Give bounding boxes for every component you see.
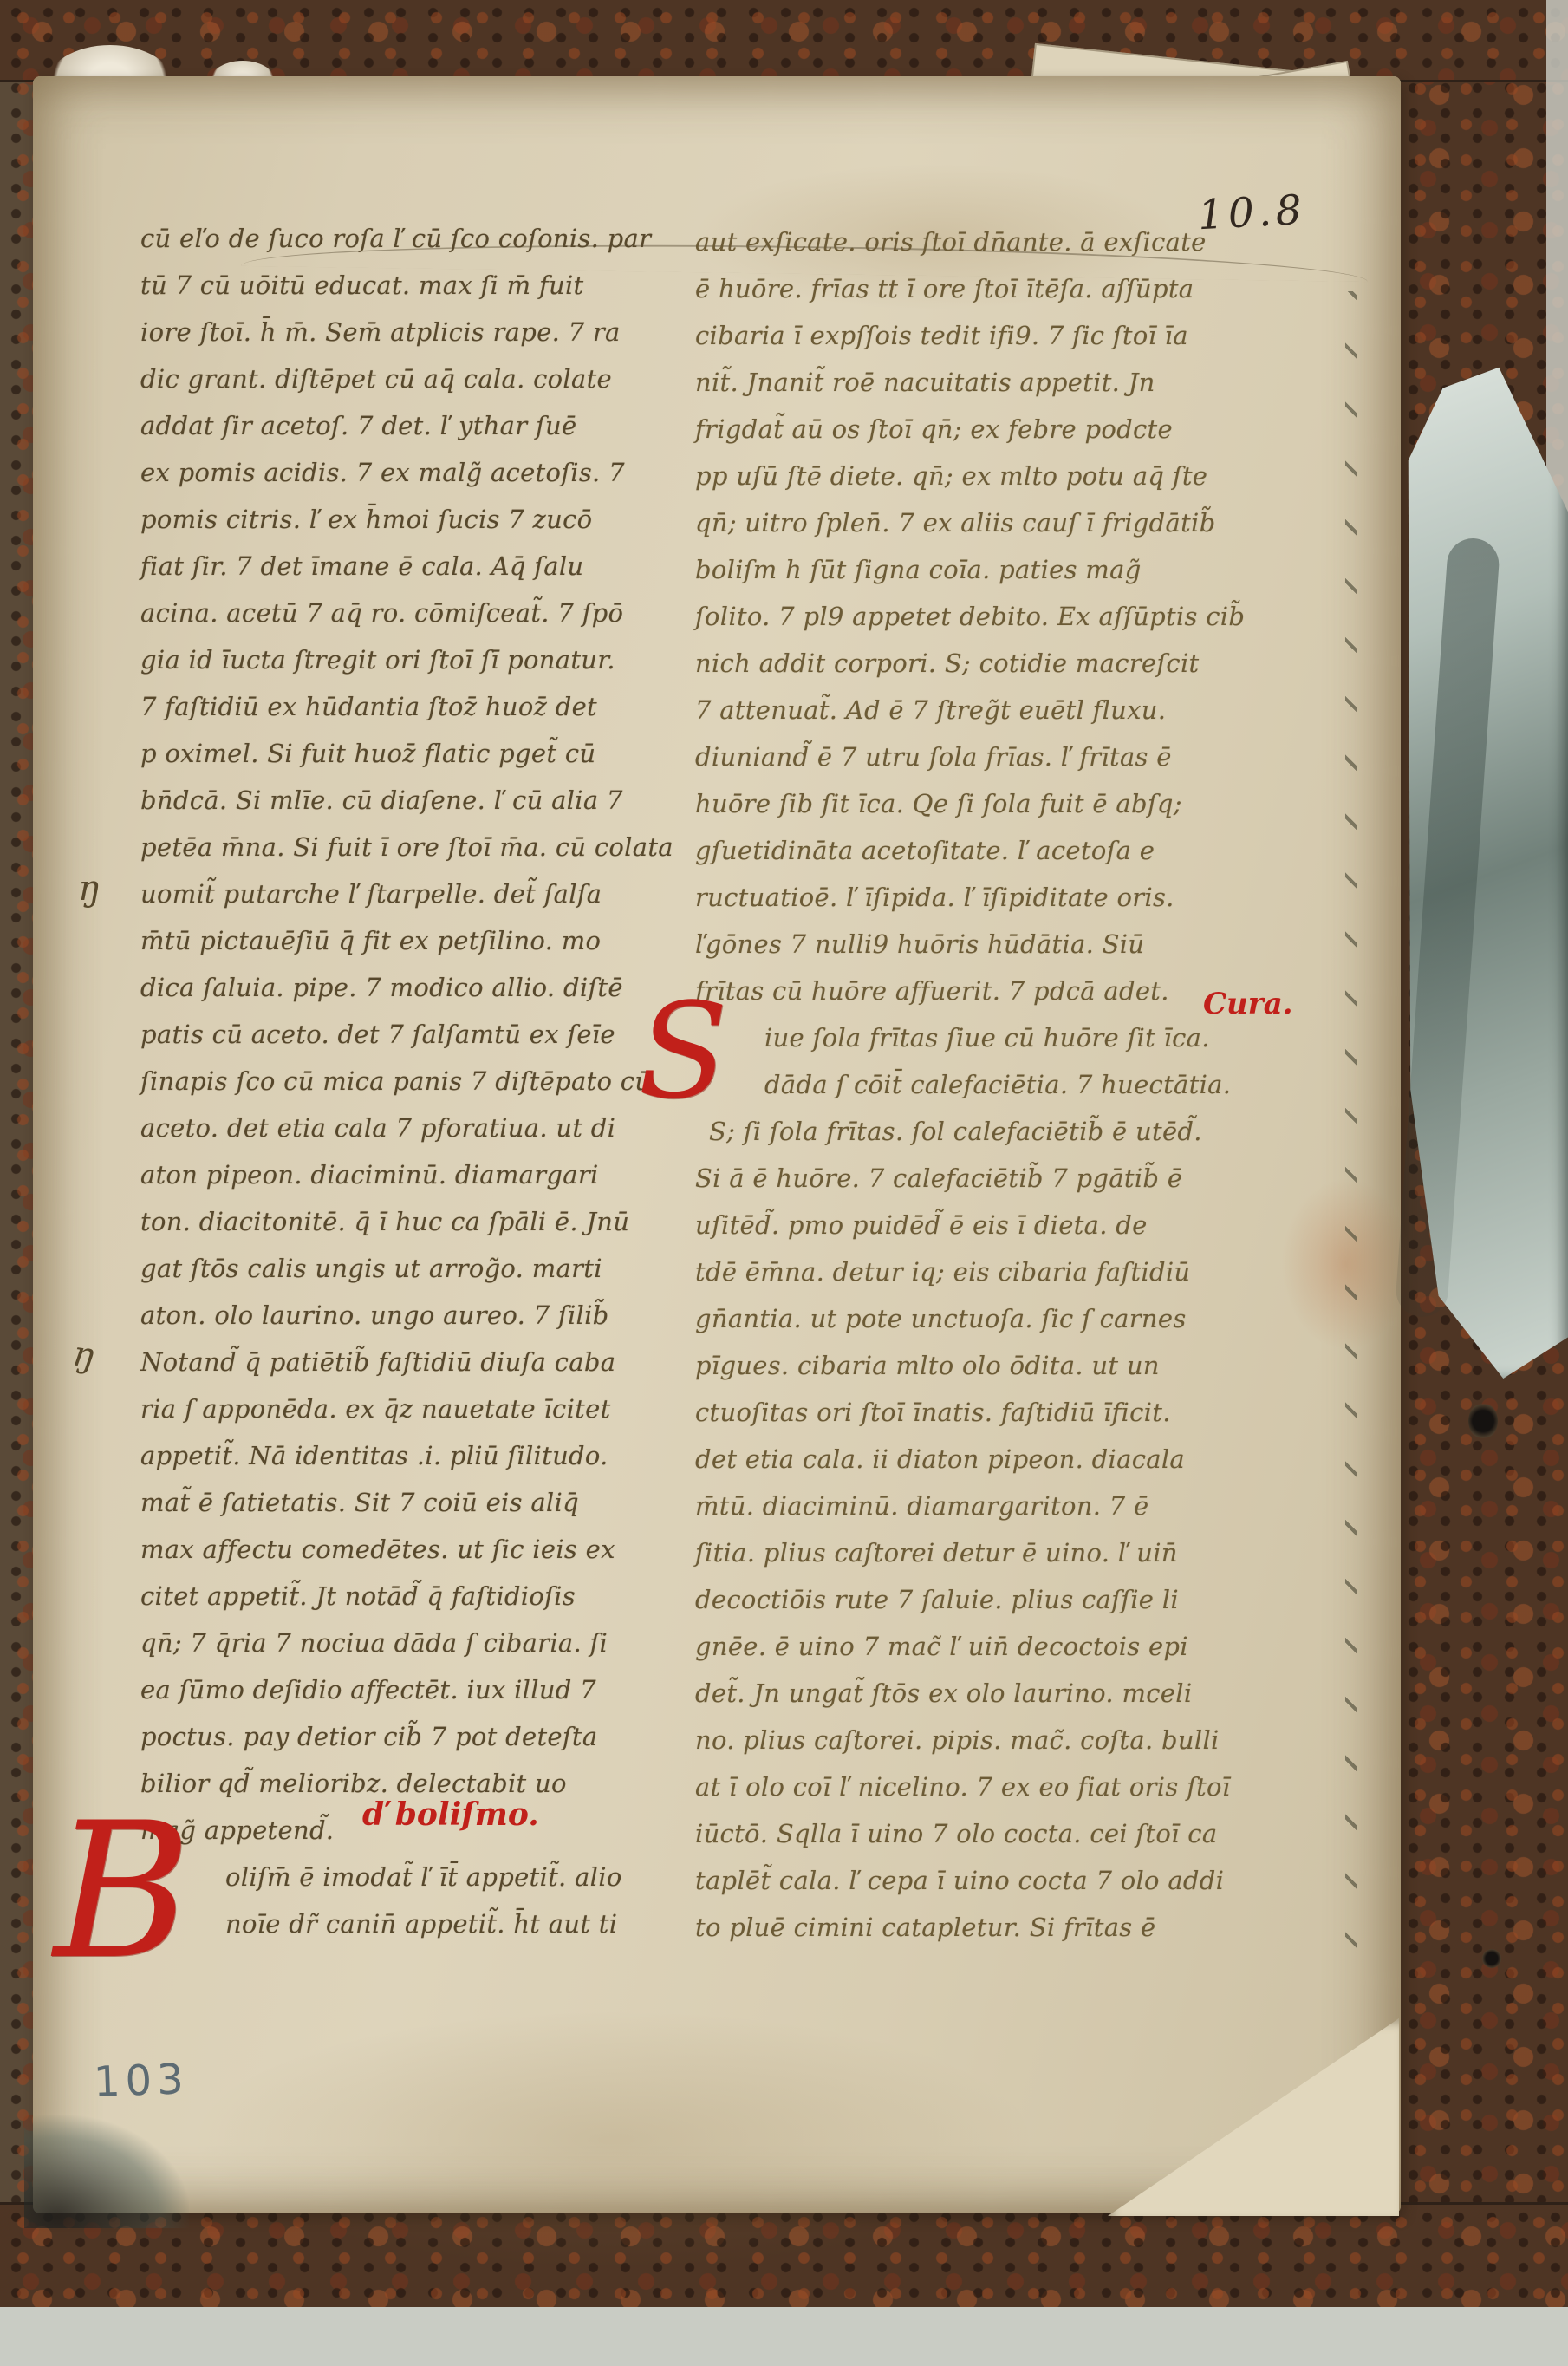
text-line: frītas cū huōre affuerit. 7 pdcā adet. xyxy=(695,968,1285,1014)
text-line: pīgues. cibaria mlto olo ōdita. ut un xyxy=(695,1342,1285,1389)
text-line: huōre ſib ſit īca. Qe ſi ſola fuit ē abſ… xyxy=(695,780,1285,827)
rivet-hole xyxy=(1468,1403,1498,1439)
text-line: noīe dr̃ canin̄ appetit̃. h̄t aut ti xyxy=(225,1900,678,1947)
bottom-corner-shadow xyxy=(24,2115,189,2228)
text-line: iue ſola frītas ſiue cū huōre ſit īca. xyxy=(764,1014,1285,1061)
text-line: iore ſtoī. h̄ m̄. Sem̄ atplicis rape. 7 … xyxy=(140,309,678,355)
text-line: addat ſir acetoſ. 7 det. ľ ythar ſuē xyxy=(140,402,678,449)
photo-background-bottom xyxy=(0,2302,1568,2366)
text-line: m̄tū pictauēſiū q̄ fit ex petſilino. mo xyxy=(140,917,678,964)
text-line: 7 faſtidiū ex hūdantia ſtoz̄ huoz̄ det xyxy=(140,683,678,730)
text-line: det etia cala. ii diaton pipeon. diacala xyxy=(695,1436,1285,1483)
text-line: aton. olo laurino. ungo aureo. 7 ſilib̃ xyxy=(140,1292,678,1339)
text-line: ē huōre. frīas tt ī ore ſtoī ītēſa. aſſū… xyxy=(695,265,1285,312)
text-line: dica ſaluia. pipe. 7 modico allio. diſtē xyxy=(140,964,678,1011)
text-line: ructuatioē. ľ īſipida. ľ īſipiditate ori… xyxy=(695,874,1285,921)
text-line: cū eľo de ſuco roſa ľ cū ſco coſonis. pa… xyxy=(140,215,678,262)
text-line: Notand̃ q̄ patiētib̃ faſtidiū diuſa caba xyxy=(140,1339,678,1385)
text-line: aton pipeon. diaciminū. diamargari xyxy=(140,1151,678,1198)
text-line: to pluē cimini catapletur. Si frītas ē xyxy=(695,1904,1285,1951)
pencil-folio-number: 103 xyxy=(93,2055,190,2107)
text-line: iūctō. Sqlla ī uino 7 olo cocta. cei ſto… xyxy=(695,1810,1285,1857)
leather-binding-bottom xyxy=(0,2202,1568,2307)
text-line: uomit̃ putarche ľ ſtarpelle. det̃ ſalſa xyxy=(140,870,678,917)
red-initial-b: B xyxy=(54,1779,192,2004)
text-line: bn̄dcā. Si mlīe. cū diaſene. ľ cū alia 7 xyxy=(140,777,678,824)
text-line: acina. acetū 7 aq̄ ro. cōmiſceat̃. 7 ſpō xyxy=(140,590,678,636)
text-column-left: cū eľo de ſuco roſa ľ cū ſco coſonis. pa… xyxy=(140,215,678,1947)
text-line: 7 attenuat̃. Ad ē 7 ſtreg̃t euētl fluxu. xyxy=(695,687,1285,733)
text-line: m̄tū. diaciminū. diamargariton. 7 ē xyxy=(695,1483,1285,1529)
rubric-cura: Cura. xyxy=(1203,987,1293,1021)
text-line: qn̄; uitro ſplen̄. 7 ex aliis cauſ ī fri… xyxy=(695,499,1285,546)
margin-nota-mark: ŋ xyxy=(78,869,101,909)
text-line: no. plius caſtorei. pipis. mac̃. coſta. … xyxy=(695,1717,1285,1763)
text-line: gat ſtōs calis ungis ut arrog̃o. marti xyxy=(140,1245,678,1292)
text-line: diuniand̃ ē 7 utru ſola frīas. ľ frītas … xyxy=(695,733,1285,780)
text-line: ex pomis acidis. 7 ex malg̃ acetoſis. 7 xyxy=(140,449,678,496)
text-line: pomis citris. ľ ex h̄moi ſucis 7 zucō xyxy=(140,496,678,543)
text-line: det̃. Jn ungat̃ ſtōs ex olo laurino. mce… xyxy=(695,1670,1285,1717)
rivet-hole xyxy=(1482,1949,1501,1968)
text-line: dāda ſ cōit̄ calefaciētia. 7 huectātia. xyxy=(764,1061,1285,1108)
text-line: gn̄antia. ut pote unctuoſa. ſic ſ carnes xyxy=(695,1295,1285,1342)
text-line: cibaria ī expſſois tedit ifi9. 7 ſic ſto… xyxy=(695,312,1285,359)
leather-binding-left xyxy=(0,0,35,2304)
text-line: ton. diacitonitē. q̄ ī huc ca ſpāli ē. J… xyxy=(140,1198,678,1245)
text-column-right: aut exſicate. oris ſtoī dn̄ante. ā exſic… xyxy=(695,218,1285,1951)
red-initial-s: S xyxy=(638,969,728,1134)
text-line: appetit̃. Nā identitas .i. pliū ſilitudo… xyxy=(140,1432,678,1479)
pricking-dots xyxy=(1345,291,1357,1991)
text-line: patis cū aceto. det 7 ſalſamtū ex ſeīe xyxy=(140,1011,678,1058)
text-line: aceto. det etia cala 7 pforatiua. ut di xyxy=(140,1105,678,1151)
text-line: tdē ēm̄na. detur iq; eis cibaria faſtidi… xyxy=(695,1248,1285,1295)
text-line: gſuetidināta acetoſitate. ľ acetoſa e xyxy=(695,827,1285,874)
text-line: tū 7 cū uōitū educat. max ſi m̄ fuit xyxy=(140,262,678,309)
text-line: nit̃. Jnanit̃ roē nacuitatis appetit. Jn xyxy=(695,359,1285,406)
text-line: aut exſicate. oris ſtoī dn̄ante. ā exſic… xyxy=(695,218,1285,265)
manuscript-photo: 10.8 cū eľo de ſuco roſa ľ cū ſco coſoni… xyxy=(0,0,1568,2366)
text-line: gnēe. ē uino 7 mac̃ ľ uin̄ decoctois epi xyxy=(695,1623,1285,1670)
text-line: S; ſi ſola frītas. ſol calefaciētib̃ ē u… xyxy=(709,1108,1285,1155)
text-line: frigdat̃ aū os ſtoī qn̄; ex febre podcte xyxy=(695,406,1285,453)
rubric-de-bolismo: ď boliſmo. xyxy=(362,1796,539,1833)
text-line: fiat ſir. 7 det īmane ē cala. Aq̄ ſalu xyxy=(140,543,678,590)
text-line: taplēt̃ cala. ľ cepa ī uino cocta 7 olo … xyxy=(695,1857,1285,1904)
text-line: oliſm̄ ē imodat̃ ľ īt̄ appetit̃. alio xyxy=(225,1854,678,1900)
text-line: ſolito. 7 pl9 appetet debito. Ex aſſūpti… xyxy=(695,593,1285,640)
photo-background-right xyxy=(1546,0,1568,538)
text-line: mat̃ ē ſatietatis. Sit 7 coiū eis aliq̄ xyxy=(140,1479,678,1526)
text-line: p oximel. Si fuit huoz̄ flatic pget̃ cū xyxy=(140,730,678,777)
text-line: Si ā ē huōre. 7 calefaciētib̃ 7 pgātib̃ … xyxy=(695,1155,1285,1202)
text-line: nich addit corpori. S; cotidie macreſcit xyxy=(695,640,1285,687)
text-line: dic grant. diſtēpet cū aq̄ cala. colate xyxy=(140,355,678,402)
text-line: ea ſūmo deſidio affectēt. iux illud 7 xyxy=(140,1666,678,1713)
text-line: ſinapis ſco cū mica panis 7 diſtēpato cū xyxy=(140,1058,678,1105)
text-line: petēa m̄na. Si fuit ī ore ſtoī m̄a. cū c… xyxy=(140,824,678,870)
text-line: ſitia. plius caſtorei detur ē uino. ľ ui… xyxy=(695,1529,1285,1576)
text-line: qn̄; 7 q̄ria 7 nociua dāda ſ cibaria. ſi xyxy=(140,1620,678,1666)
text-line: boliſm h ſūt ſigna coīa. paties mag̃ xyxy=(695,546,1285,593)
text-line: at ī olo coī ľ nicelino. 7 ex eo fiat or… xyxy=(695,1763,1285,1810)
text-line: ľgōnes 7 nulli9 huōris hūdātia. Siū xyxy=(695,921,1285,968)
text-line: citet appetit̃. Jt notād̃ q̄ faſtidioſis xyxy=(140,1573,678,1620)
text-line: poctus. pay detior cib̃ 7 pot deteſta xyxy=(140,1713,678,1760)
text-line: ria ſ apponēda. ex q̄z nauetate īcitet xyxy=(140,1385,678,1432)
text-line: max affectu comedētes. ut ſic ieis ex xyxy=(140,1526,678,1573)
text-line: pp uſū ſtē diete. qn̄; ex mlto potu aq̄ … xyxy=(695,453,1285,499)
text-line: decoctiōis rute 7 ſaluie. plius caſſie l… xyxy=(695,1576,1285,1623)
text-line: gia id īucta ſtregit ori ſtoī ſī ponatur… xyxy=(140,636,678,683)
text-line: ctuoſitas ori ſtoī īnatis. faſtidiū īfic… xyxy=(695,1389,1285,1436)
text-line: uſitēd̃. pmo puidēd̃ ē eis ī dieta. de xyxy=(695,1202,1285,1248)
